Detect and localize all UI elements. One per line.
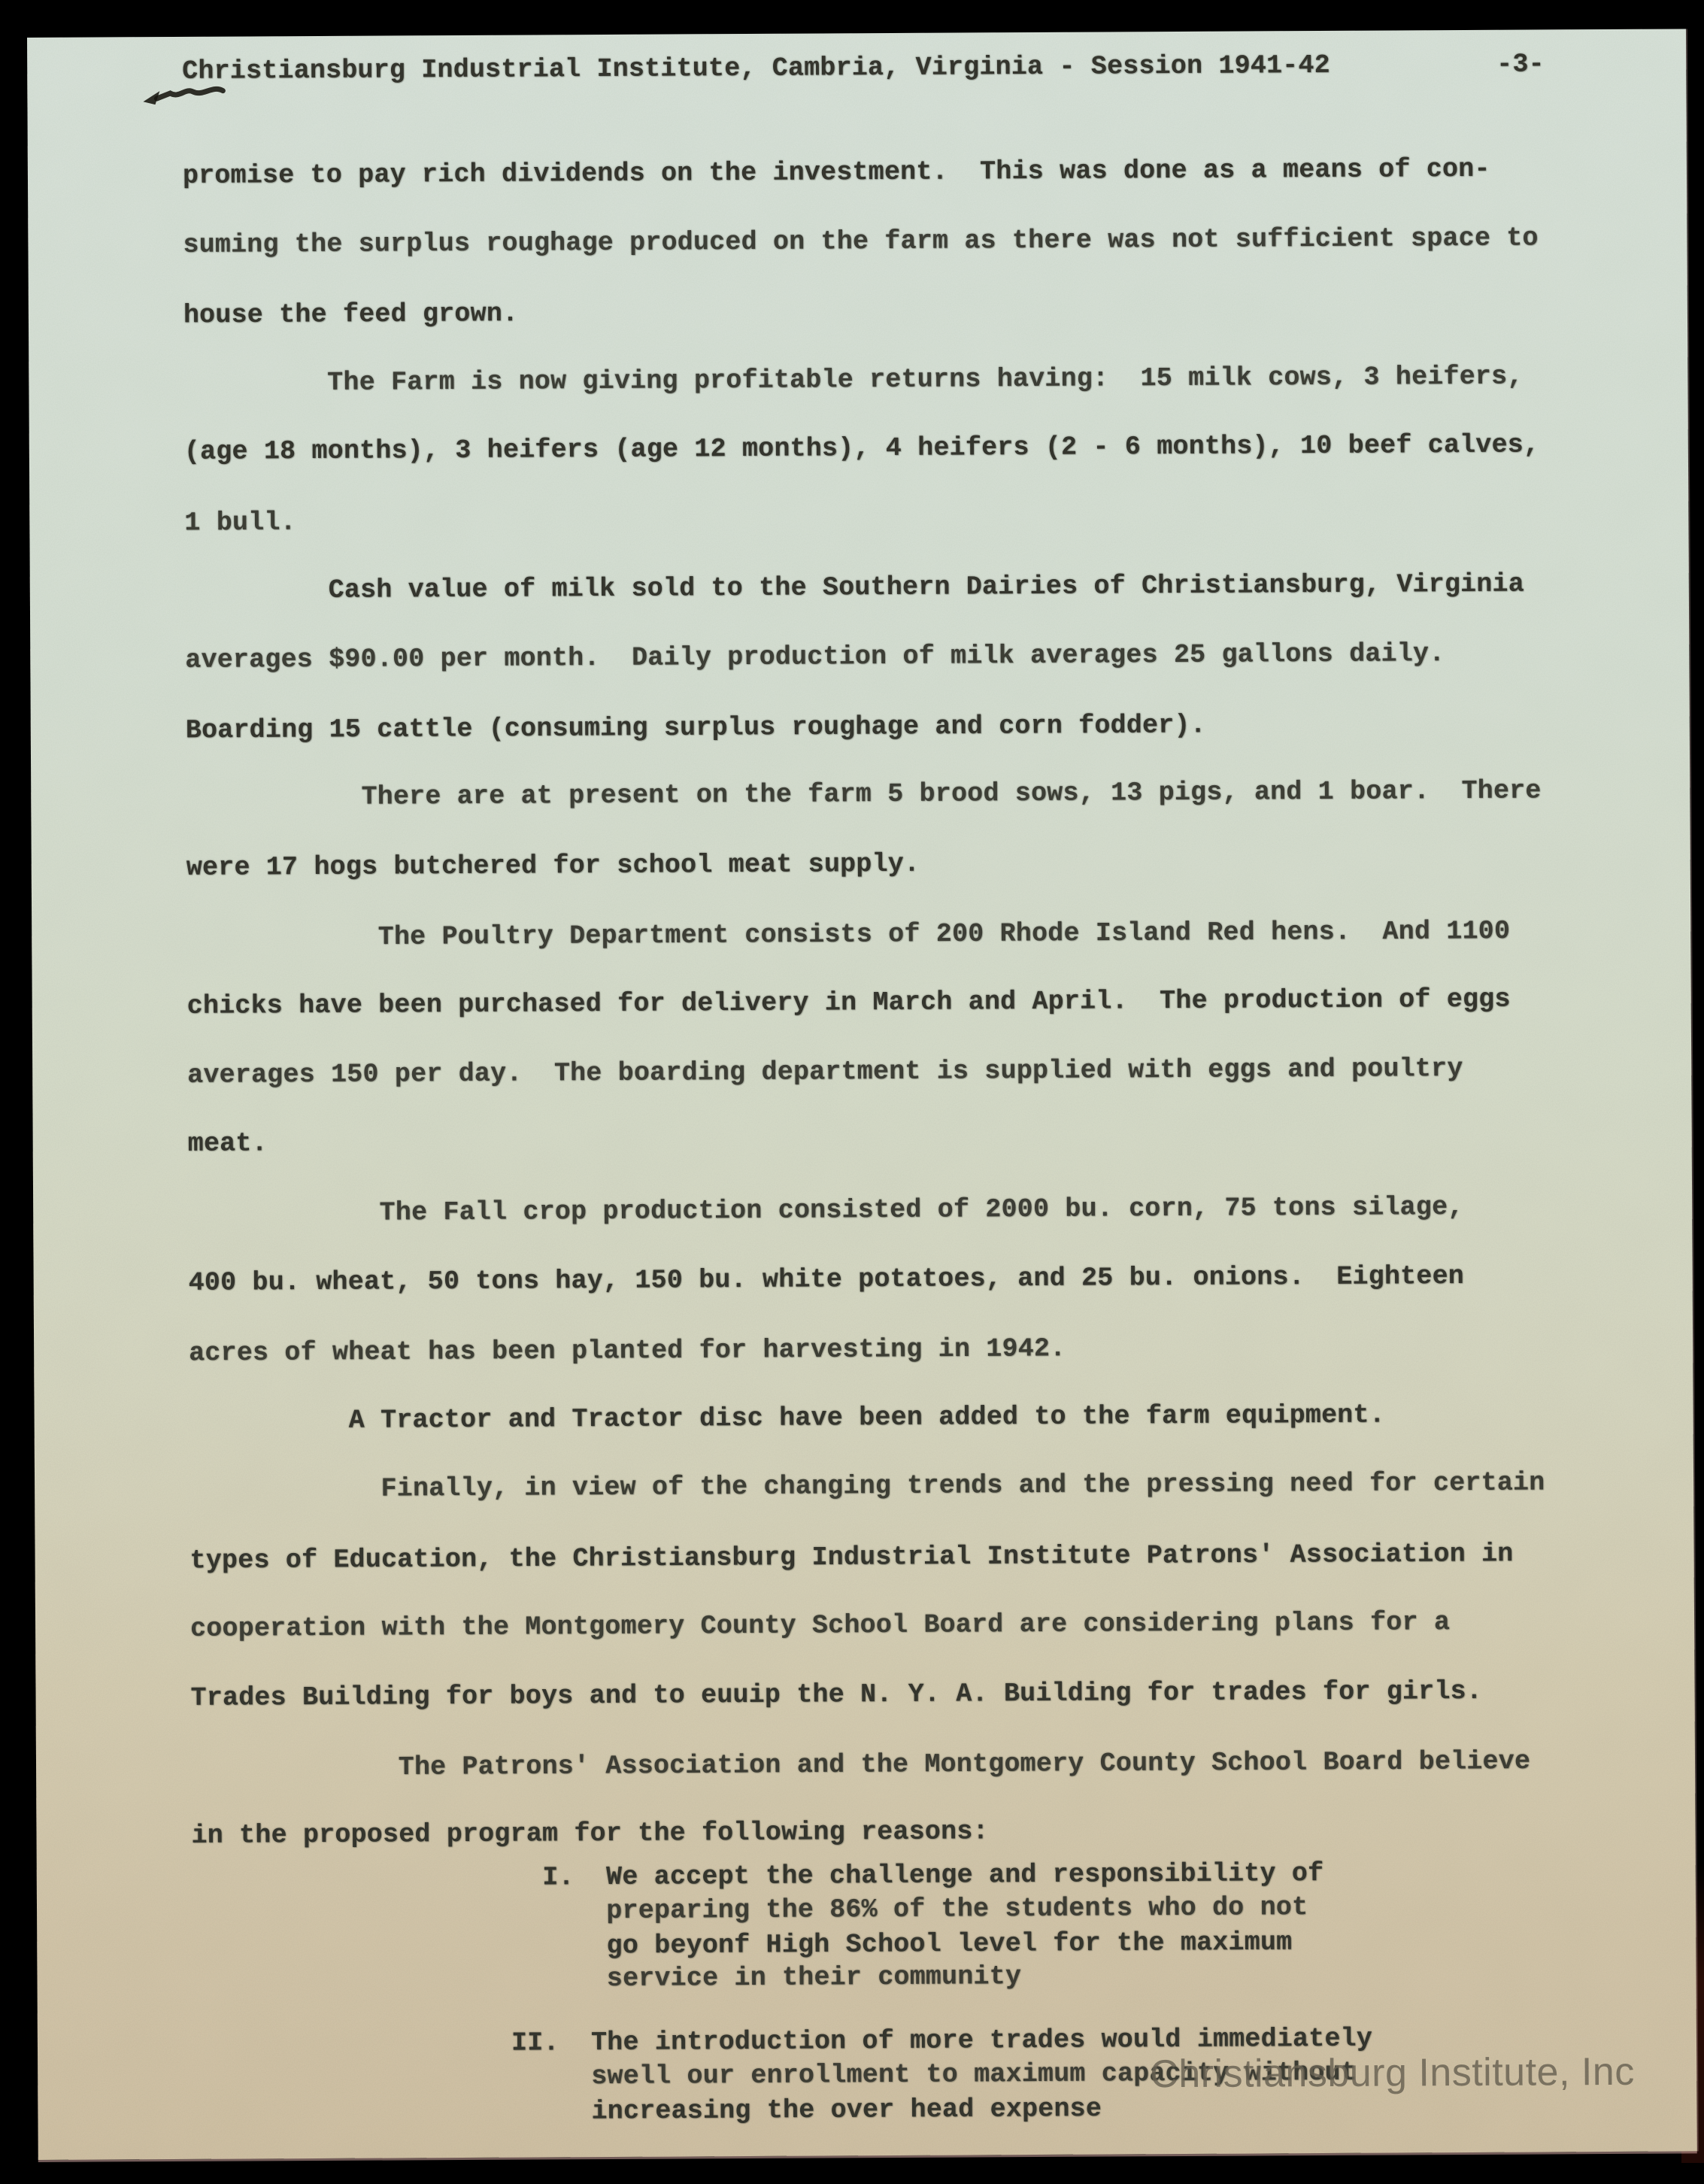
typed-line: acres of wheat has been planted for harv… xyxy=(189,1331,1545,1407)
pencil-mark-icon xyxy=(140,80,227,114)
typed-line: service in their community xyxy=(192,1960,1324,2000)
typed-line: averages 150 per day. The boarding depar… xyxy=(187,1053,1543,1129)
typed-line: There are at present on the farm 5 brood… xyxy=(186,775,1542,851)
typed-line: 1 bull. xyxy=(184,501,1540,577)
typed-body: promise to pay rich dividends on the inv… xyxy=(183,153,1547,1890)
document-page: Christiansburg Industrial Institute, Cam… xyxy=(27,29,1697,2160)
typed-line: house the feed grown. xyxy=(183,293,1539,369)
typed-line: 400 bu. wheat, 50 tons hay, 150 bu. whit… xyxy=(189,1260,1545,1336)
watermark: Christiansburg Institute, Inc xyxy=(1150,2049,1635,2097)
typed-line: A Tractor and Tractor disc have been add… xyxy=(190,1399,1545,1475)
typed-line: types of Education, the Christiansburg I… xyxy=(190,1539,1546,1615)
typed-line: promise to pay rich dividends on the inv… xyxy=(183,153,1539,229)
typed-line: Cash value of milk sold to the Southern … xyxy=(185,569,1541,645)
typed-line: Trades Building for boys and to euuip th… xyxy=(190,1676,1546,1752)
typed-line: (age 18 months), 3 heifers (age 12 month… xyxy=(184,429,1540,505)
typed-line: Boarding 15 cattle (consuming surplus ro… xyxy=(186,708,1542,784)
typed-line: increasing the over head expense xyxy=(193,2092,1372,2132)
typed-line: The Poultry Department consists of 200 R… xyxy=(186,916,1542,992)
typed-line: The Farm is now giving profitable return… xyxy=(183,361,1539,437)
typed-line: meat. xyxy=(188,1121,1544,1197)
page-number: -3- xyxy=(1496,49,1545,79)
reason-item-1: I. We accept the challenge and responsib… xyxy=(192,1858,1324,2000)
typed-line: suming the surplus roughage produced on … xyxy=(183,223,1539,299)
typed-line: The Fall crop production consisted of 20… xyxy=(188,1191,1544,1267)
typed-line: chicks have been purchased for delivery … xyxy=(187,984,1543,1060)
header-title: Christiansburg Industrial Institute, Cam… xyxy=(182,50,1330,86)
typed-line: averages $90.00 per month. Daily product… xyxy=(185,638,1541,714)
typed-line: I. We accept the challenge and responsib… xyxy=(192,1858,1324,1898)
scan-background: Christiansburg Industrial Institute, Cam… xyxy=(0,0,1704,2184)
typed-line: were 17 hogs butchered for school meat s… xyxy=(186,845,1542,921)
typed-line: The Patrons' Association and the Montgom… xyxy=(191,1746,1547,1822)
typed-line: Finally, in view of the changing trends … xyxy=(190,1467,1545,1543)
typed-line: preparing the 86% of the students who do… xyxy=(192,1892,1324,1932)
typed-line: cooperation with the Montgomery County S… xyxy=(190,1606,1546,1682)
